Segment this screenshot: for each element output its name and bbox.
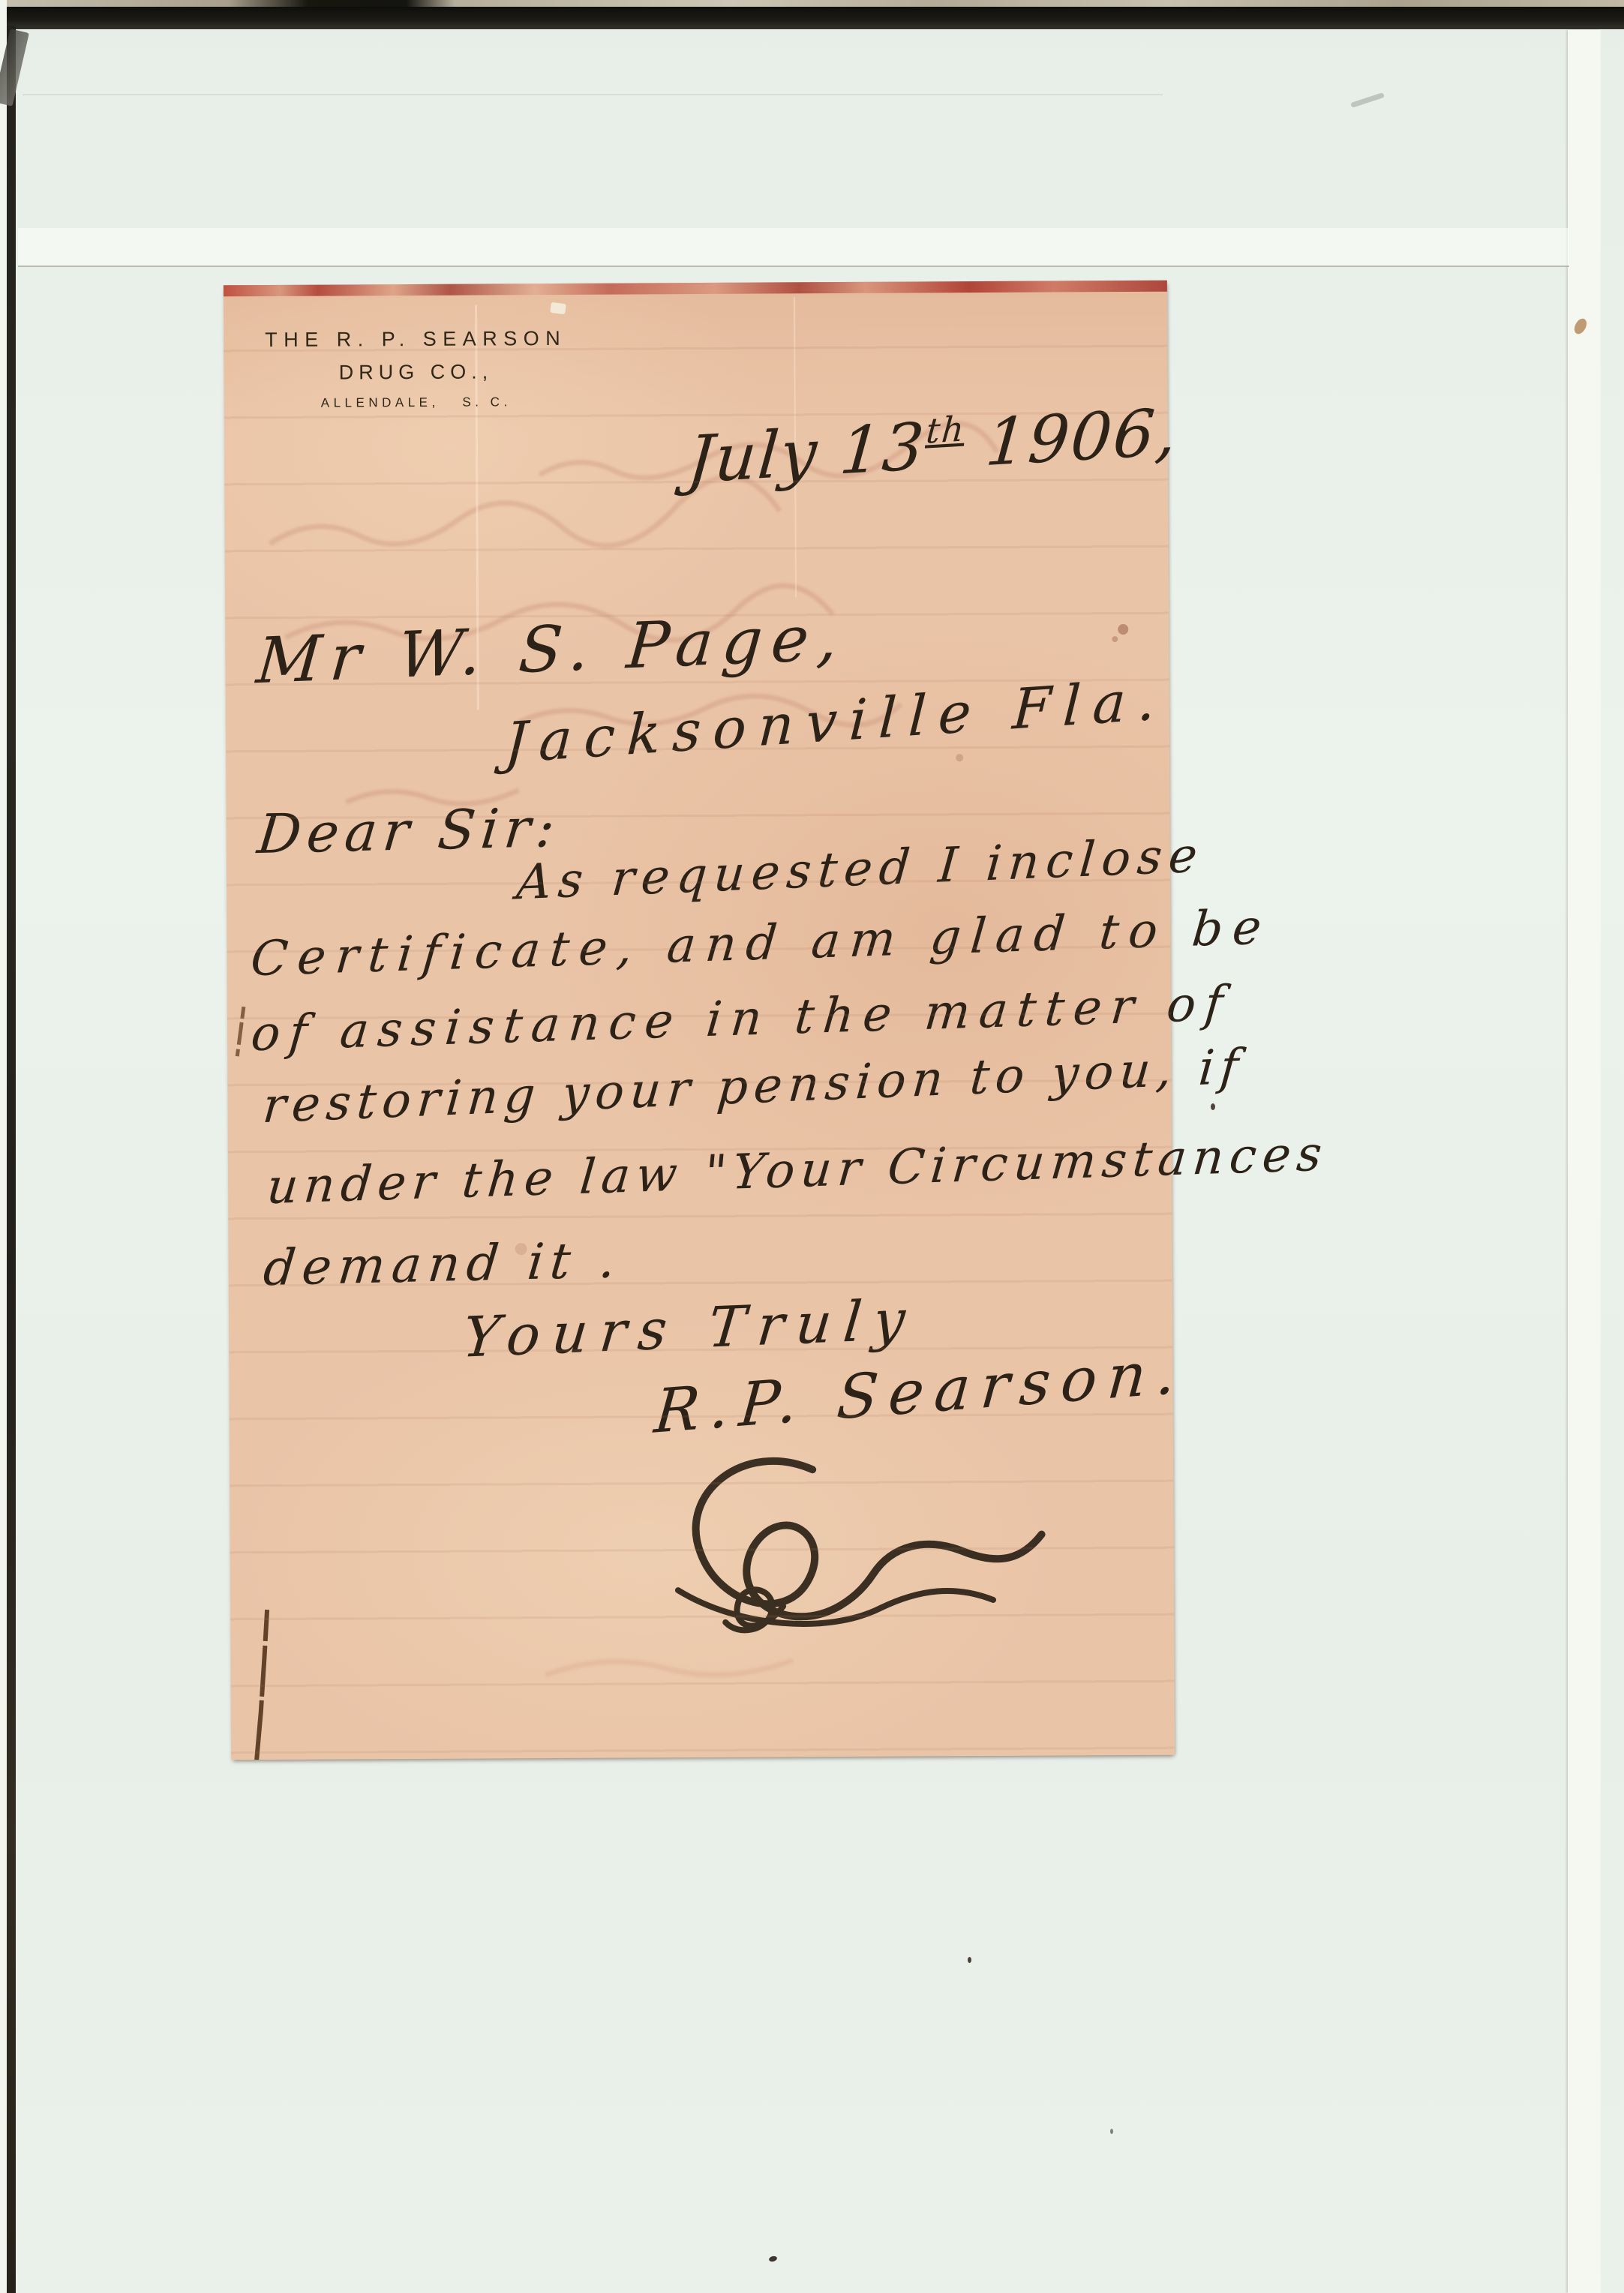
date-day: 13 (837, 409, 929, 489)
letterhead-company-name: THE R. P. SEARSON (261, 327, 570, 352)
dust-speck (768, 2255, 777, 2263)
letterhead-company-name-2: DRUG CO., (261, 360, 570, 385)
date-ordinal: th (925, 408, 968, 451)
scanned-letter-page: THE R. P. SEARSON DRUG CO., ALLENDALE, S… (0, 0, 1624, 2293)
handwritten-date: July 13th 1906, (547, 319, 1187, 581)
platen-hairline (23, 95, 1163, 95)
letter-paper: THE R. P. SEARSON DRUG CO., ALLENDALE, S… (224, 281, 1175, 1760)
body-line-6: demand it . (261, 1231, 625, 1297)
letterhead-block: THE R. P. SEARSON DRUG CO., ALLENDALE, S… (261, 327, 571, 411)
left-edge-dark-strip (7, 26, 16, 2293)
right-edge-white-band (1568, 30, 1601, 2293)
dust-speck (1211, 1103, 1215, 1110)
date-year: 1906, (961, 395, 1181, 482)
salutation: Dear Sir: (254, 796, 563, 866)
date-month: July (685, 414, 843, 498)
letterhead-city-state: ALLENDALE, S. C. (262, 395, 571, 411)
platen-white-band (18, 228, 1569, 267)
signature-flourish (632, 1446, 1053, 1658)
dust-speck (968, 1957, 971, 1963)
scanner-top-bar (0, 7, 1624, 29)
dust-speck (1110, 2129, 1113, 2134)
pencil-scuff (1350, 92, 1385, 108)
left-edge-highlight (0, 0, 7, 2293)
